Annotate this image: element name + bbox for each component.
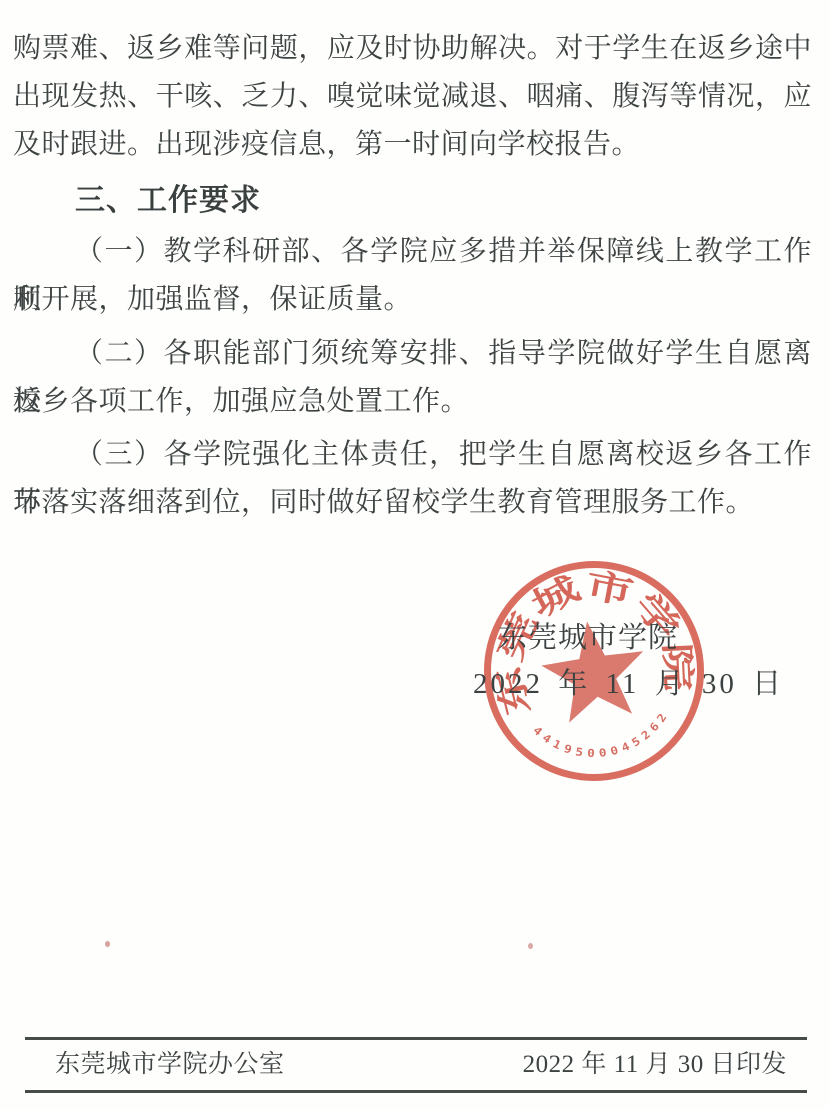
body-line: （一）教学科研部、各学院应多措并举保障线上教学工作顺 [13,228,812,276]
body-line: 利开展，加强监督，保证质量。 [13,276,812,324]
section-heading: 三、工作要求 [13,177,812,225]
footer-issuing-office: 东莞城市学院办公室 [55,1049,285,1081]
signature-org: 东莞城市学院 [498,621,678,655]
body-line: 返乡各项工作，加强应急处置工作。 [13,378,812,426]
footer-top-rule [25,1037,807,1040]
body-line: 及时跟进。出现涉疫信息，第一时间向学校报告。 [13,121,812,169]
document-body: 购票难、返乡难等问题，应及时协助解决。对于学生在返乡途中 出现发热、干咳、乏力、… [13,25,812,527]
scanned-notice-page: { "page": { "background": "#fefefd", "te… [0,0,830,1109]
body-line: 节落实落细落到位，同时做好留校学生教育管理服务工作。 [13,479,812,527]
body-line: 出现发热、干咳、乏力、嗅觉味觉减退、咽痛、腹泻等情况，应 [13,73,812,121]
signature-date: 2022 年 11 月 30 日 [473,668,784,700]
ink-speck [528,943,533,949]
footer-print-date: 2022 年 11 月 30 日印发 [523,1049,787,1081]
body-line: （二）各职能部门须统筹安排、指导学院做好学生自愿离校 [13,330,812,378]
body-line: （三）各学院强化主体责任，把学生自愿离校返乡各工作环 [13,431,812,479]
ink-speck [105,941,110,947]
body-line: 购票难、返乡难等问题，应及时协助解决。对于学生在返乡途中 [13,25,812,73]
footer-bottom-rule [25,1090,807,1093]
